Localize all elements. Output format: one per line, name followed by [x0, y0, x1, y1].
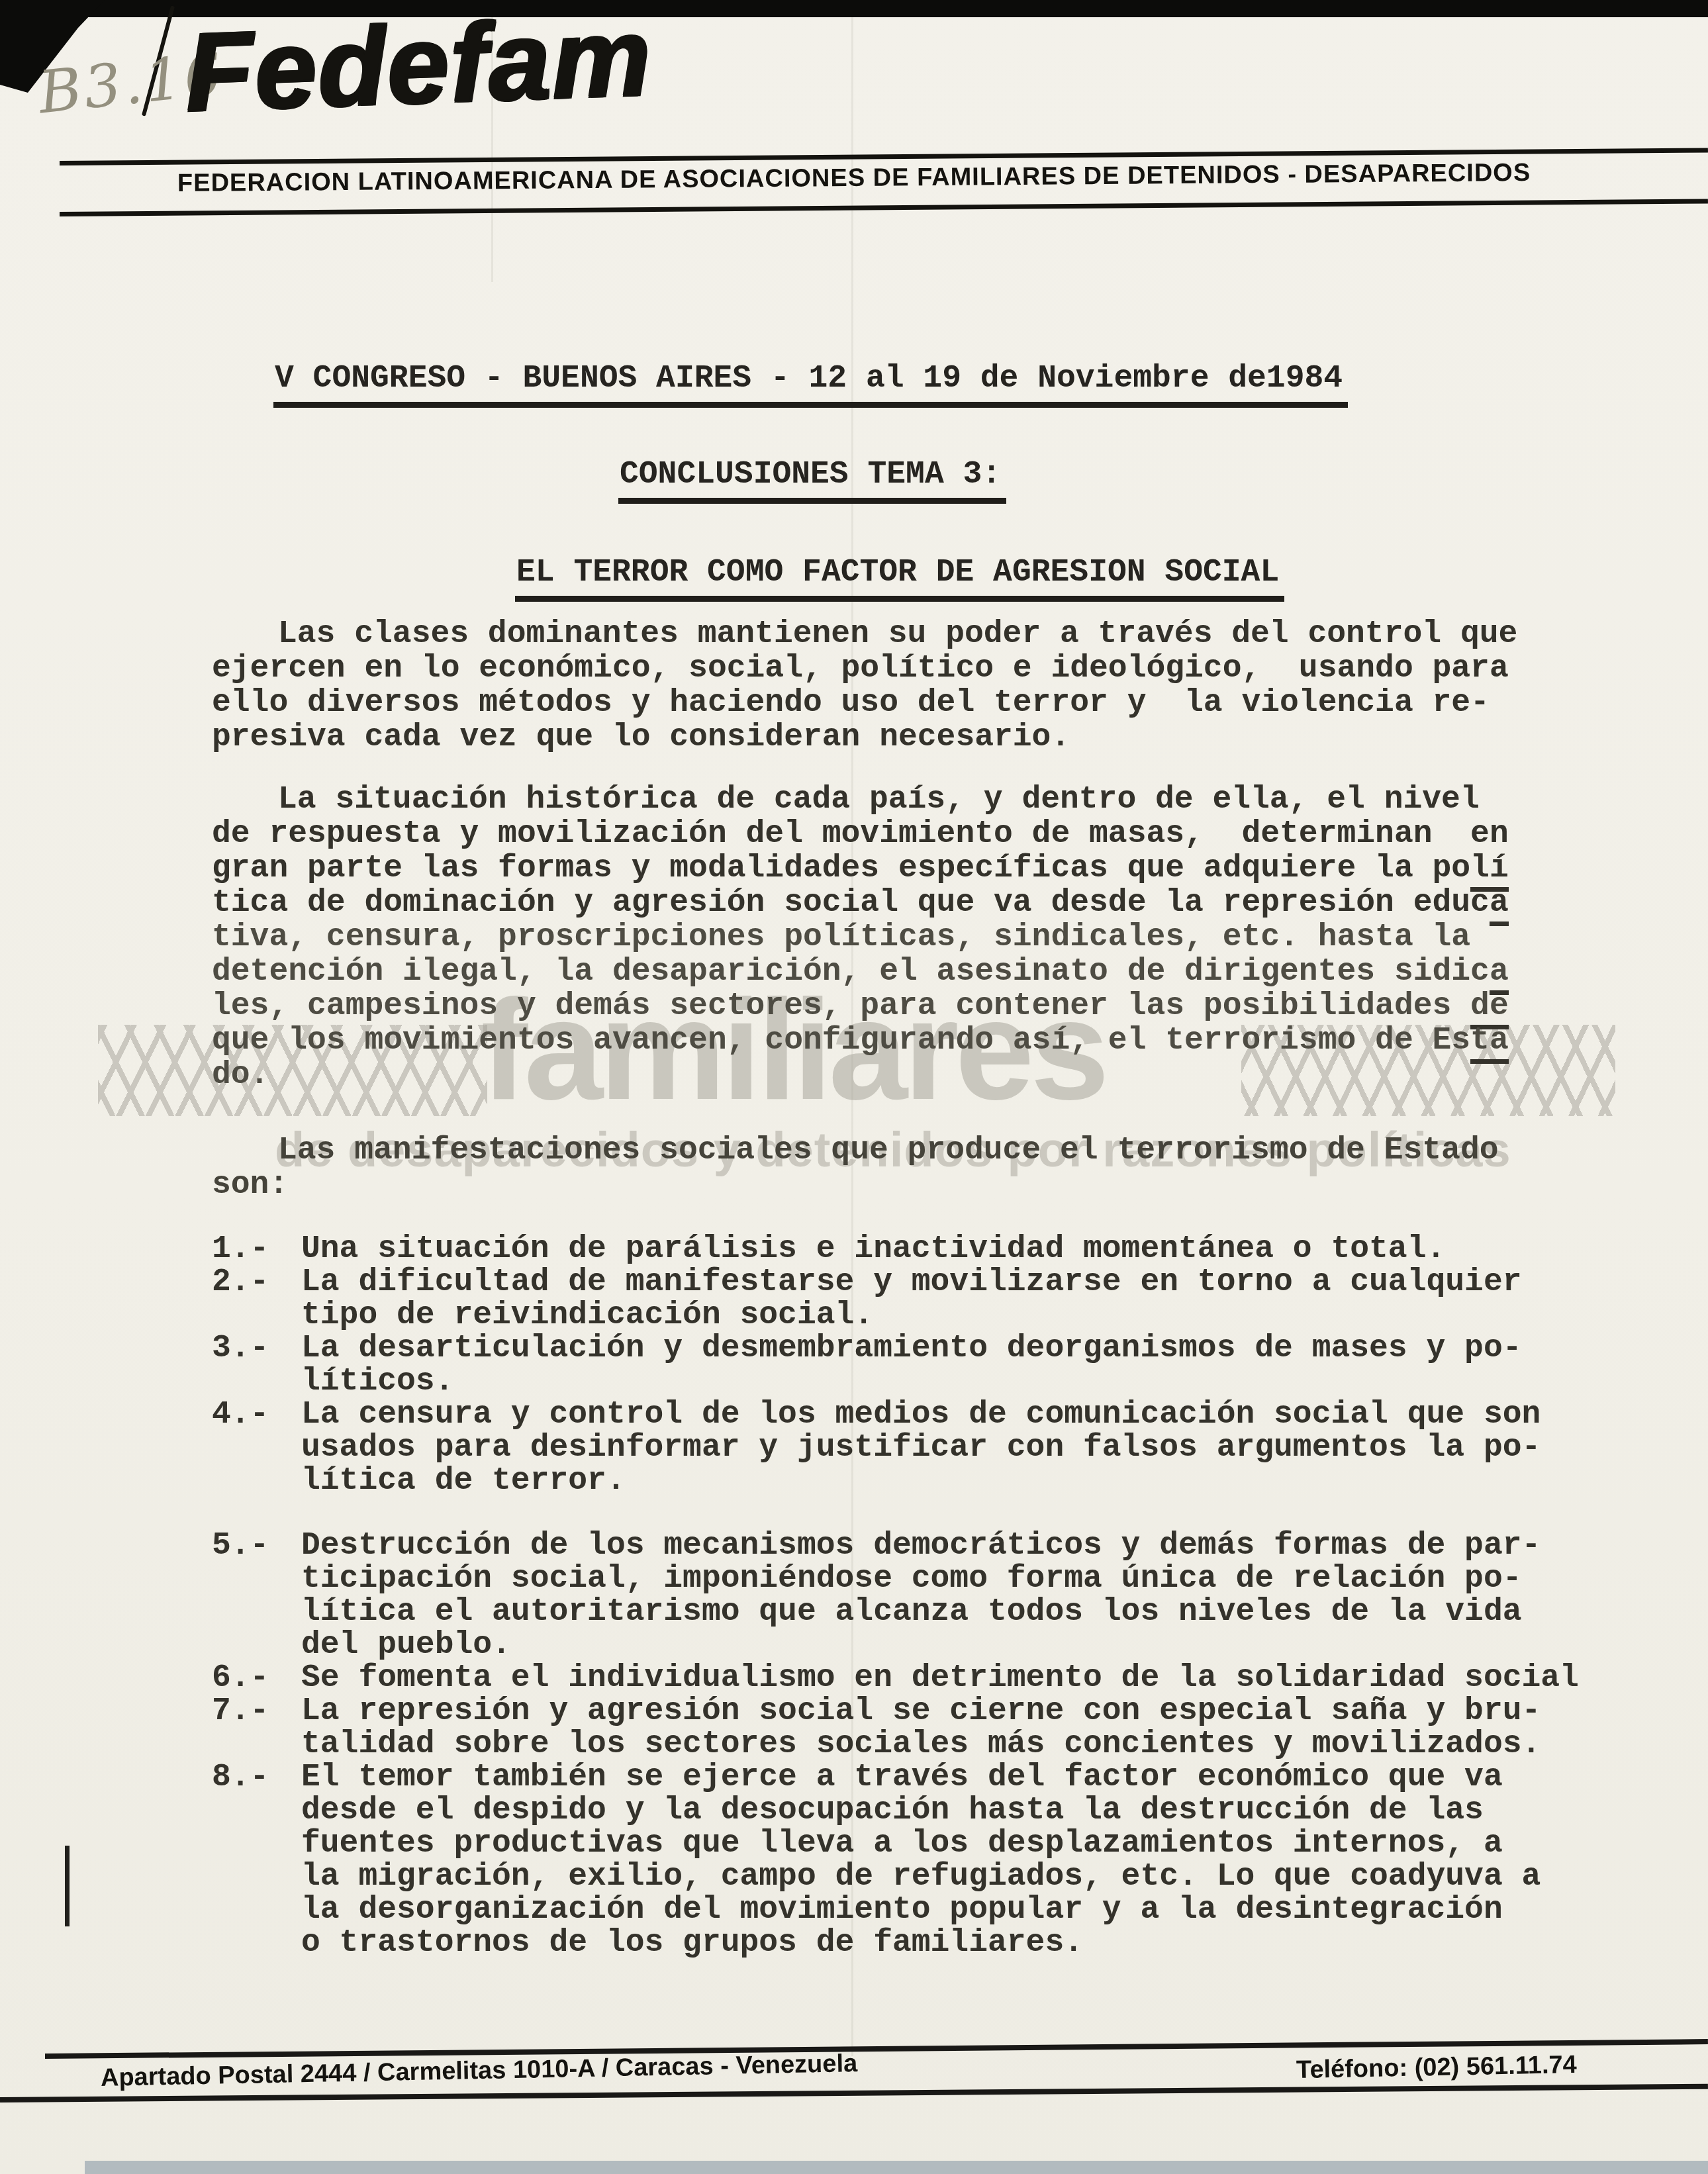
list-item-number: 2.- — [212, 1266, 269, 1299]
body-line: lítica de terror. — [301, 1464, 1579, 1497]
line-text: do. — [212, 1057, 269, 1093]
body-line: presiva cada vez que lo consideran neces… — [212, 720, 1517, 755]
conclusions-title: CONCLUSIONES TEMA 3: — [618, 457, 1006, 504]
body-line: La dificultad de manifestarse y moviliza… — [301, 1266, 1579, 1299]
topic-title: EL TERROR COMO FACTOR DE AGRESION SOCIAL — [515, 555, 1284, 602]
line-text: La situación histórica de cada país, y d… — [278, 782, 1480, 818]
list-item-number: 4.- — [212, 1398, 269, 1431]
header-rule-bottom — [60, 199, 1708, 216]
paragraph-3: Las manifestaciones sociales que produce… — [212, 1133, 1499, 1202]
body-line: Se fomenta el individualismo en detrimen… — [301, 1662, 1579, 1695]
list-item-number: 1.- — [212, 1233, 269, 1266]
list-item-number: 8.- — [212, 1761, 269, 1794]
body-line: que los movimientos avancen, configurand… — [212, 1023, 1509, 1058]
paragraph-2: La situación histórica de cada país, y d… — [212, 782, 1509, 1092]
line-text: tica de dominación y agresión social que… — [212, 885, 1490, 921]
list-item: 4.- La censura y control de los medios d… — [212, 1398, 1579, 1497]
body-line: la desorganización del movimiento popula… — [301, 1893, 1579, 1926]
body-line: Destrucción de los mecanismos democrátic… — [301, 1529, 1579, 1562]
body-line: les, campesinos y demás sectores, para c… — [212, 989, 1509, 1023]
body-line: la migración, exilio, campo de refugiado… — [301, 1860, 1579, 1893]
body-line: del pueblo. — [301, 1629, 1579, 1662]
body-line: La situación histórica de cada país, y d… — [212, 782, 1509, 817]
list-item-number: 7.- — [212, 1695, 269, 1728]
list-item-number: 3.- — [212, 1332, 269, 1365]
body-line: ello diversos métodos y haciendo uso del… — [212, 686, 1517, 720]
paragraph-1: Las clases dominantes mantienen su poder… — [212, 617, 1517, 755]
body-line: ticipación social, imponiéndose como for… — [301, 1562, 1579, 1595]
list-item: 2.- La dificultad de manifestarse y movi… — [212, 1266, 1579, 1332]
body-line: gran parte las formas y modalidades espe… — [212, 851, 1509, 886]
line-text: gran parte las formas y modalidades espe… — [212, 851, 1470, 886]
body-line: lítica el autoritarismo que alcanza todo… — [301, 1595, 1579, 1629]
line-text: que los movimientos avancen, configurand… — [212, 1023, 1470, 1059]
body-line: son: — [212, 1168, 1499, 1202]
body-line: El temor también se ejerce a través del … — [301, 1761, 1579, 1794]
congress-title: V CONGRESO - BUENOS AIRES - 12 al 19 de … — [273, 361, 1348, 408]
body-line: La censura y control de los medios de co… — [301, 1398, 1579, 1431]
line-text: tiva, censura, proscripciones políticas,… — [212, 920, 1470, 955]
federation-name: FEDERACION LATINOAMERICANA DE ASOCIACION… — [177, 159, 1531, 198]
margin-mark — [65, 1846, 70, 1926]
body-line: tipo de reivindicación social. — [301, 1299, 1579, 1332]
list-item: 3.- La desarticulación y desmembramiento… — [212, 1332, 1579, 1398]
body-line: Las manifestaciones sociales que produce… — [212, 1133, 1499, 1168]
body-line: detención ilegal, la desaparición, el as… — [212, 955, 1509, 989]
body-line: desde el despido y la desocupación hasta… — [301, 1794, 1579, 1827]
list-item: 8.- El temor también se ejerce a través … — [212, 1761, 1579, 1960]
body-line: Las clases dominantes mantienen su poder… — [212, 617, 1517, 651]
footer-phone: Teléfono: (02) 561.11.74 — [1296, 2051, 1578, 2085]
body-line: líticos. — [301, 1365, 1579, 1398]
line-text: les, campesinos y demás sectores, para c… — [212, 988, 1470, 1024]
body-line: Una situación de parálisis e inactividad… — [301, 1233, 1579, 1266]
fedefam-logo: Fedefam — [182, 0, 652, 128]
line-text: de respuesta y movilización del movimien… — [212, 816, 1509, 852]
conclusions-list: 1.- Una situación de parálisis e inactiv… — [212, 1233, 1579, 1960]
list-item: 7.- La represión y agresión social se ci… — [212, 1695, 1579, 1761]
line-underlined-tail: a — [1490, 885, 1509, 926]
line-text: detención ilegal, la desaparición, el as… — [212, 954, 1490, 990]
scan-bottom-edge-bar — [85, 2161, 1708, 2174]
body-line: do. — [212, 1058, 1509, 1092]
list-item: 6.- Se fomenta el individualismo en detr… — [212, 1662, 1579, 1695]
document-page: B3.16 Fedefam FEDERACION LATINOAMERICANA… — [0, 0, 1708, 2174]
list-item: 5.- Destrucción de los mecanismos democr… — [212, 1529, 1579, 1662]
body-line: o trastornos de los grupos de familiares… — [301, 1926, 1579, 1960]
body-line: de respuesta y movilización del movimien… — [212, 817, 1509, 851]
body-line: La desarticulación y desmembramiento deo… — [301, 1332, 1579, 1365]
list-item-number: 6.- — [212, 1662, 269, 1695]
line-underlined-tail: ta — [1470, 1023, 1509, 1064]
body-line: La represión y agresión social se cierne… — [301, 1695, 1579, 1728]
list-item: 1.- Una situación de parálisis e inactiv… — [212, 1233, 1579, 1266]
body-line: talidad sobre los sectores sociales más … — [301, 1728, 1579, 1761]
body-line: fuentes productivas que lleva a los desp… — [301, 1827, 1579, 1860]
body-line: usados para desinformar y justificar con… — [301, 1431, 1579, 1464]
list-item-number: 5.- — [212, 1529, 269, 1562]
body-line: tica de dominación y agresión social que… — [212, 886, 1509, 920]
body-line: tiva, censura, proscripciones políticas,… — [212, 920, 1509, 955]
body-line: ejercen en lo económico, social, polític… — [212, 651, 1517, 686]
